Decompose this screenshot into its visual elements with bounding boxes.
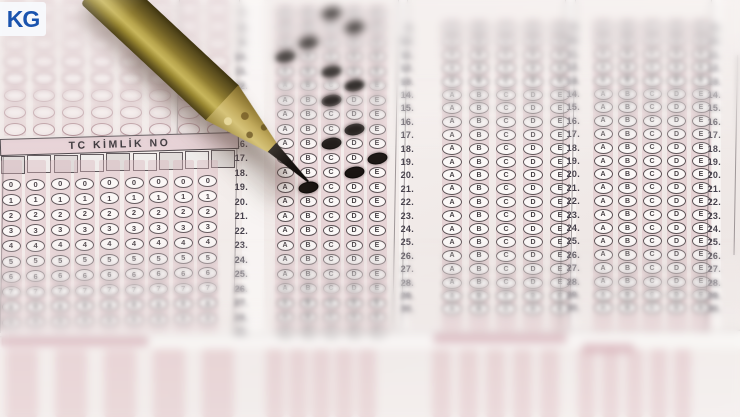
answer-bubble: D [667, 142, 686, 154]
answer-bubble: D [346, 240, 363, 251]
answer-bubble: C [323, 254, 340, 265]
answer-bubble: B [618, 75, 637, 87]
question-number: 15. [558, 101, 580, 113]
answer-bubble: A [442, 290, 462, 302]
blank-bubble [62, 72, 84, 85]
answer-bubble: A [277, 37, 294, 48]
answer-bubble: C [323, 269, 340, 280]
answer-bubble: C [323, 22, 340, 33]
answer-bubble: D [346, 8, 363, 19]
question-number: 20. [699, 169, 721, 181]
question-number: 9. [392, 22, 414, 34]
digit-bubble: 9 [174, 313, 193, 325]
answer-bubble: D [346, 182, 363, 193]
question-number: 8. [226, 22, 248, 34]
answer-bubble: B [618, 289, 637, 301]
digit-bubble: 0 [174, 176, 193, 188]
digit-bubble: 6 [125, 268, 144, 280]
answer-bubble: A [442, 76, 462, 88]
blank-bubble [91, 72, 113, 85]
answer-bubble: C [643, 276, 662, 288]
answer-bubble: D [523, 277, 543, 289]
answer-bubble: A [594, 115, 613, 127]
question-number: 17. [699, 129, 721, 141]
answer-bubble: B [300, 312, 317, 323]
answer-bubble: B [300, 298, 317, 309]
answer-bubble: B [618, 115, 637, 127]
answer-bubble: B [300, 8, 317, 19]
answer-bubble: C [323, 153, 340, 164]
answer-bubble: D [523, 116, 543, 128]
answer-bubble: A [594, 182, 613, 194]
answer-bubble: D [523, 76, 543, 88]
section-column-stripe [432, 349, 451, 417]
question-number: 30. [699, 303, 721, 315]
question-number: 23. [226, 239, 248, 251]
kg-watermark: KG [0, 2, 46, 36]
digit-bubble: 2 [198, 206, 217, 218]
answer-bubble: B [300, 254, 317, 265]
answer-bubble: A [442, 183, 462, 195]
answer-bubble: D [667, 249, 686, 261]
question-number: 13. [392, 76, 414, 88]
answer-bubble: A [594, 21, 613, 33]
answer-bubble: A [442, 223, 462, 235]
answer-bubble: C [323, 80, 340, 91]
answer-bubble: B [469, 156, 489, 168]
section-column-stripe [289, 349, 307, 417]
answer-bubble: B [469, 143, 489, 155]
answer-bubble: D [346, 109, 363, 120]
answer-bubble: C [643, 195, 662, 207]
blank-bubble [91, 89, 113, 102]
section-column-stripe [104, 349, 136, 417]
answer-bubble: D [667, 115, 686, 127]
section-column-stripe [266, 349, 284, 417]
blank-bubble [4, 89, 26, 102]
answer-bubble: D [667, 48, 686, 60]
answer-bubble: E [369, 22, 386, 33]
omr-sheet: TC KİMLİK NO 012345678901234567890123456… [0, 0, 740, 417]
answer-bubble: D [346, 51, 363, 62]
answer-bubble: B [469, 183, 489, 195]
answer-bubble: E [369, 211, 386, 222]
digit-bubble: 3 [100, 223, 119, 235]
answer-bubble: C [323, 283, 340, 294]
answer-bubble: E [369, 8, 386, 19]
answer-bubble: D [523, 49, 543, 61]
answer-bubble: A [277, 22, 294, 33]
answer-bubble: A [277, 254, 294, 265]
answer-bubble: C [496, 49, 516, 61]
answer-bubble: D [346, 153, 363, 164]
answer-bubble: C [323, 37, 340, 48]
answer-bubble: B [618, 182, 637, 194]
question-number: 7. [226, 7, 248, 19]
answer-bubble: D [346, 211, 363, 222]
digit-bubble: 0 [26, 179, 45, 191]
question-number: 10. [558, 34, 580, 46]
digit-bubble: 4 [51, 239, 70, 251]
answer-bubble: E [369, 240, 386, 251]
digit-bubble: 6 [51, 270, 70, 282]
question-number: 10. [392, 35, 414, 47]
answer-bubble: E [369, 124, 386, 135]
digit-bubble: 7 [100, 284, 119, 296]
answer-bubble: E [369, 109, 386, 120]
digit-bubble: 5 [125, 253, 144, 265]
digit-bubble: 5 [2, 256, 21, 268]
blank-bubble [4, 55, 26, 68]
answer-bubble: E [369, 312, 386, 323]
answer-bubble: B [469, 116, 489, 128]
answer-bubble: B [300, 269, 317, 280]
digit-bubble: 5 [26, 255, 45, 267]
answer-bubble: D [346, 283, 363, 294]
answer-bubble: C [323, 196, 340, 207]
blank-bubble [4, 72, 26, 85]
answer-bubble: C [643, 115, 662, 127]
question-number: 20. [226, 196, 248, 208]
answer-bubble: D [523, 156, 543, 168]
digit-bubble: 5 [149, 253, 168, 265]
answer-bubble: A [442, 49, 462, 61]
answer-bubble: C [323, 109, 340, 120]
digit-bubble: 8 [174, 298, 193, 310]
answer-bubble: B [469, 210, 489, 222]
section-column-stripe [578, 349, 595, 417]
question-number: 21. [699, 183, 721, 195]
answer-bubble: A [277, 109, 294, 120]
answer-bubble: B [469, 277, 489, 289]
answer-bubble: C [323, 298, 340, 309]
question-number: 28. [699, 277, 721, 289]
answer-bubble: A [594, 262, 613, 274]
answer-bubble: C [496, 210, 516, 222]
question-number: 9. [226, 36, 248, 48]
answer-bubble: B [300, 22, 317, 33]
section-column-stripe [153, 349, 185, 417]
answer-bubble: C [643, 75, 662, 87]
digit-bubble: 1 [125, 192, 144, 204]
answer-bubble: A [442, 250, 462, 262]
digit-bubble: 9 [198, 313, 217, 325]
answer-bubble: C [323, 51, 340, 62]
answer-bubble: B [618, 142, 637, 154]
answer-bubble: A [442, 22, 462, 34]
answer-bubble: B [618, 249, 637, 261]
question-number: 12. [558, 61, 580, 73]
answer-bubble: A [594, 128, 613, 140]
answer-bubble: A [594, 142, 613, 154]
answer-bubble: C [643, 88, 662, 100]
digit-bubble: 8 [26, 301, 45, 313]
answer-bubble: A [277, 225, 294, 236]
digit-bubble: 3 [149, 222, 168, 234]
digit-bubble: 7 [125, 284, 144, 296]
section-column-stripe [202, 349, 234, 417]
answer-bubble: C [643, 289, 662, 301]
answer-bubble: D [346, 196, 363, 207]
answer-bubble: A [594, 249, 613, 261]
digit-bubble: 8 [125, 299, 144, 311]
answer-bubble: A [594, 48, 613, 60]
blank-bubble [178, 3, 200, 16]
digit-bubble: 8 [75, 300, 94, 312]
answer-bubble: D [523, 223, 543, 235]
answer-bubble: B [300, 225, 317, 236]
answer-bubble: E [369, 283, 386, 294]
section-header-bar [2, 337, 148, 346]
answer-bubble: A [277, 240, 294, 251]
answer-bubble: C [496, 143, 516, 155]
answer-bubble: A [594, 195, 613, 207]
question-number: 18. [558, 142, 580, 154]
question-number: 16. [558, 115, 580, 127]
blank-bubble [120, 89, 142, 102]
answer-bubble: C [643, 209, 662, 221]
answer-bubble: C [496, 89, 516, 101]
answer-bubble: D [667, 88, 686, 100]
answer-bubble: D [523, 22, 543, 34]
digit-bubble: 0 [51, 178, 70, 190]
answer-bubble: D [523, 143, 543, 155]
section-column-stripe [602, 349, 619, 417]
answer-bubble: E [369, 51, 386, 62]
answer-bubble: C [643, 182, 662, 194]
answer-bubble: A [442, 116, 462, 128]
digit-bubble: 7 [2, 286, 21, 298]
answer-bubble: D [667, 21, 686, 33]
answer-bubble: C [496, 223, 516, 235]
answer-bubble: B [618, 209, 637, 221]
answer-bubble: C [496, 116, 516, 128]
question-number: 26. [699, 250, 721, 262]
question-number: 13. [558, 75, 580, 87]
answer-bubble: B [618, 155, 637, 167]
answer-bubble: A [594, 75, 613, 87]
answer-bubble: B [300, 109, 317, 120]
section-column-stripe [650, 349, 667, 417]
answer-bubble: A [594, 276, 613, 288]
digit-bubble: 2 [149, 207, 168, 219]
blank-bubble [62, 55, 84, 68]
answer-bubble: E [369, 80, 386, 91]
answer-bubble: C [643, 142, 662, 154]
answer-bubble: C [496, 250, 516, 262]
answer-bubble: D [346, 327, 363, 338]
answer-bubble: C [496, 156, 516, 168]
question-number: 14. [558, 88, 580, 100]
section-column-stripe [674, 349, 691, 417]
digit-bubble: 1 [26, 194, 45, 206]
answer-bubble: C [323, 124, 340, 135]
question-number: 25. [226, 268, 248, 280]
answer-bubble: C [643, 155, 662, 167]
blank-bubble [91, 55, 113, 68]
answer-bubble: A [442, 210, 462, 222]
question-number: 29. [226, 326, 248, 338]
question-number: 25. [699, 236, 721, 248]
section-column-stripe [312, 349, 330, 417]
answer-bubble: A [277, 269, 294, 280]
digit-bubble: 6 [149, 268, 168, 280]
answer-bubble: D [667, 155, 686, 167]
question-number: 30. [392, 303, 414, 315]
answer-bubble: B [469, 76, 489, 88]
answer-bubble: C [496, 277, 516, 289]
digit-bubble: 9 [2, 317, 21, 329]
question-number: 29. [699, 290, 721, 302]
digit-bubble: 0 [149, 176, 168, 188]
digit-bubble: 9 [125, 314, 144, 326]
answer-bubble: D [346, 225, 363, 236]
answer-bubble: D [667, 209, 686, 221]
answer-bubble: B [469, 223, 489, 235]
answer-bubble: D [667, 222, 686, 234]
answer-bubble: D [346, 95, 363, 106]
section-column-stripe [626, 349, 643, 417]
digit-bubble: 1 [75, 193, 94, 205]
digit-bubble: 4 [75, 239, 94, 251]
blank-bubble [62, 89, 84, 102]
answer-bubble: C [496, 290, 516, 302]
question-number: 19. [699, 156, 721, 168]
answer-bubble: C [496, 76, 516, 88]
section-column-stripe [55, 349, 87, 417]
answer-bubble: B [469, 250, 489, 262]
answer-bubble: A [277, 298, 294, 309]
digit-bubble: 5 [174, 252, 193, 264]
answer-bubble: B [300, 95, 317, 106]
answer-bubble: A [594, 61, 613, 73]
digit-bubble: 9 [51, 316, 70, 328]
digit-bubble: 9 [149, 314, 168, 326]
digit-bubble: 7 [26, 286, 45, 298]
question-number: 26. [226, 283, 248, 295]
answer-bubble: A [594, 155, 613, 167]
answer-bubble: D [346, 312, 363, 323]
answer-bubble: C [643, 61, 662, 73]
answer-bubble: C [643, 21, 662, 33]
answer-bubble: B [300, 283, 317, 294]
question-number: 23. [699, 210, 721, 222]
digit-bubble: 0 [75, 178, 94, 190]
digit-bubble: 2 [2, 210, 21, 222]
answer-bubble: D [346, 138, 363, 149]
digit-bubble: 5 [100, 254, 119, 266]
answer-bubble: A [277, 80, 294, 91]
answer-bubble: B [618, 21, 637, 33]
answer-sheet-photo: TC KİMLİK NO 012345678901234567890123456… [0, 0, 740, 417]
digit-bubble: 0 [125, 177, 144, 189]
question-number: 11. [392, 49, 414, 61]
digit-bubble: 0 [2, 179, 21, 191]
section-column-stripe [513, 349, 532, 417]
section-column-stripe [358, 349, 376, 417]
digit-bubble: 9 [100, 315, 119, 327]
answer-bubble: E [369, 167, 386, 178]
answer-bubble: B [300, 327, 317, 338]
blank-bubble [33, 89, 55, 102]
answer-bubble: C [643, 262, 662, 274]
digit-bubble: 5 [198, 252, 217, 264]
question-number: 12. [392, 62, 414, 74]
question-number: 27. [699, 263, 721, 275]
answer-bubble: A [594, 289, 613, 301]
answer-bubble: B [300, 66, 317, 77]
answer-bubble: A [277, 95, 294, 106]
question-number: 28. [226, 312, 248, 324]
answer-bubble: D [667, 75, 686, 87]
answer-bubble: C [323, 327, 340, 338]
digit-bubble: 6 [2, 271, 21, 283]
answer-bubble: A [442, 156, 462, 168]
digit-bubble: 4 [174, 237, 193, 249]
answer-bubble: C [496, 22, 516, 34]
digit-bubble: 4 [26, 240, 45, 252]
answer-bubble: C [643, 249, 662, 261]
blank-bubble [33, 55, 55, 68]
answer-bubble: D [523, 89, 543, 101]
digit-bubble: 6 [100, 269, 119, 281]
answer-bubble: A [277, 312, 294, 323]
answer-bubble: E [369, 269, 386, 280]
digit-bubble: 7 [174, 283, 193, 295]
section-column-stripe [486, 349, 505, 417]
answer-bubble: A [594, 88, 613, 100]
answer-bubble: B [469, 290, 489, 302]
answer-bubble: D [346, 254, 363, 265]
answer-bubble: E [369, 138, 386, 149]
answer-bubble: C [643, 48, 662, 60]
answer-bubble: A [442, 277, 462, 289]
question-number: 11. [558, 48, 580, 60]
question-number: 21. [226, 210, 248, 222]
answer-bubble: D [523, 290, 543, 302]
blank-bubble [33, 72, 55, 85]
answer-bubble: C [323, 240, 340, 251]
digit-bubble: 7 [75, 285, 94, 297]
section-column-stripe [540, 349, 559, 417]
answer-bubble: C [323, 225, 340, 236]
question-number: 18. [699, 143, 721, 155]
answer-bubble: D [523, 250, 543, 262]
answer-bubble: C [643, 222, 662, 234]
digit-bubble: 1 [174, 191, 193, 203]
digit-bubble: 1 [2, 194, 21, 206]
answer-bubble: A [594, 209, 613, 221]
section-column-stripe [335, 349, 353, 417]
answer-bubble: B [618, 48, 637, 60]
answer-bubble: B [618, 276, 637, 288]
answer-bubble: B [300, 80, 317, 91]
answer-bubble: A [277, 8, 294, 19]
question-number: 24. [699, 223, 721, 235]
digit-bubble: 2 [174, 206, 193, 218]
answer-bubble: B [469, 49, 489, 61]
answer-bubble: B [618, 222, 637, 234]
answer-bubble: B [469, 89, 489, 101]
answer-bubble: C [323, 182, 340, 193]
answer-bubble: D [667, 289, 686, 301]
blank-bubble [62, 3, 84, 16]
answer-bubble: B [300, 124, 317, 135]
digit-bubble: 3 [198, 221, 217, 233]
answer-bubble: E [369, 182, 386, 193]
section-column-stripe [6, 349, 38, 417]
digit-bubble: 4 [2, 240, 21, 252]
